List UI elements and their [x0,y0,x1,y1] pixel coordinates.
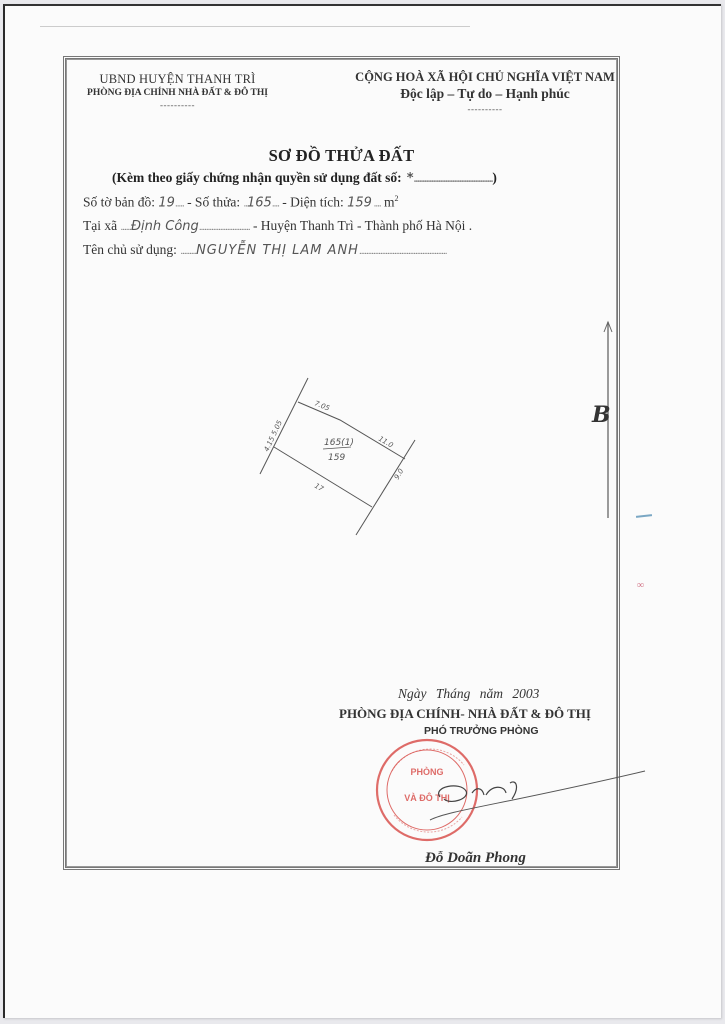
owner-value: NGUYỄN THỊ LAM ANH [196,243,359,258]
bottom-boundary [274,447,372,507]
parcel-area-label: 159 [328,453,345,463]
parcel-diagram: 7.05 11.0 9.0 17 4.15 5.05 165(1) 159 [250,370,430,540]
document-subtitle: (Kèm theo giấy chứng nhận quyền sử dụng … [112,170,497,186]
parcel-number-label: 165(1) [324,438,354,448]
district-text: - Huyện Thanh Trì - Thành phố Hà Nội . [253,218,472,233]
commune-value: Định Công [131,219,199,234]
national-separator: ---------- [340,104,630,114]
ink-mark: ∞ [637,580,644,591]
scan-rule [40,26,470,27]
area-unit: m [384,195,395,210]
issuing-office: PHÒNG ĐỊA CHÍNH- NHÀ ĐẤT & ĐÔ THỊ [339,706,591,722]
commune-label: Tại xã [83,218,117,233]
document-title: SƠ ĐỒ THỬA ĐẤT [63,146,620,166]
owner-label: Tên chủ sử dụng: [83,242,177,257]
map-sheet-label: Số tờ bản đồ: [83,195,155,210]
subtitle-suffix: ) [492,170,497,185]
issuer-line2: PHÒNG ĐỊA CHÍNH NHÀ ĐẤT & ĐÔ THỊ [75,88,280,98]
signer-name: Đỗ Doãn Phong [425,850,526,867]
parcel-value: 165 [247,196,272,211]
national-title: CỘNG HOÀ XÃ HỘI CHỦ NGHĨA VIỆT NAM [340,70,630,85]
area-value: 159 [347,196,372,211]
row-owner: Tên chủ sử dụng: .........NGUYỄN THỊ LAM… [83,242,446,258]
north-label: B [592,402,611,428]
issue-date: Ngày Tháng năm 2003 [398,686,539,702]
edge-top-label: 7.05 [313,399,331,412]
issuer-separator: ---------- [75,100,280,110]
certificate-number: * [407,171,414,186]
left-boundary [260,378,308,474]
national-motto: Độc lập – Tự do – Hạnh phúc [340,86,630,102]
area-unit-sup: 2 [395,194,399,203]
subtitle-prefix: (Kèm theo giấy chứng nhận quyền sử dụng … [112,170,402,185]
edge-right-label: 9.0 [393,467,406,481]
right-boundary [356,440,415,535]
issuer-header: UBND HUYỆN THANH TRÌ PHÒNG ĐỊA CHÍNH NHÀ… [75,72,280,110]
parcel-label: - Số thửa: [187,195,240,210]
signature-icon [420,765,650,835]
row-location: Tại xã ......Định Công..................… [83,218,472,234]
top-boundary [298,402,405,459]
map-sheet-value: 19 [158,196,175,211]
area-label: - Diện tích: [282,195,343,210]
edge-bottom-label: 17 [313,482,325,494]
issuer-line1: UBND HUYỆN THANH TRÌ [75,72,280,87]
national-header: CỘNG HOÀ XÃ HỘI CHỦ NGHĨA VIỆT NAM Độc l… [340,70,630,114]
row-map-info: Số tờ bản đồ: 19..... - Số thửa: ..165..… [83,194,399,211]
